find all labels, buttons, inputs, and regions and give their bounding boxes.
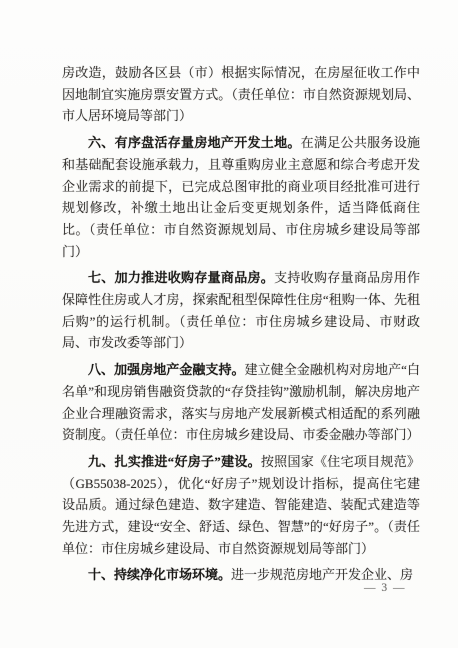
paragraph-heading: 六、有序盘活存量房地产开发土地。 (88, 135, 301, 150)
paragraph: 九、扎实推进“好房子”建设。按照国家《住宅项目规范》（GB55038-2025）… (62, 451, 420, 560)
paragraph: 房改造，鼓励各区县（市）根据实际情况，在房屋征收工作中因地制宜实施房票安置方式。… (62, 62, 420, 127)
paragraph-text: 在满足公共服务设施和基础配套设施承载力，且尊重购房业主意愿和综合考虑开发企业需求… (62, 135, 420, 259)
page-number: — 3 — (364, 582, 406, 594)
document-body: 房改造，鼓励各区县（市）根据实际情况，在房屋征收工作中因地制宜实施房票安置方式。… (62, 62, 420, 591)
paragraph-heading: 七、加力推进收购存量商品房。 (88, 270, 274, 285)
paragraph-heading: 九、扎实推进“好房子”建设。 (88, 454, 261, 469)
document-page: 房改造，鼓励各区县（市）根据实际情况，在房屋征收工作中因地制宜实施房票安置方式。… (0, 0, 458, 648)
paragraph-heading: 十、持续净化市场环境。 (88, 567, 231, 582)
paragraph: 六、有序盘活存量房地产开发土地。在满足公共服务设施和基础配套设施承载力，且尊重购… (62, 132, 420, 262)
paragraph-text: 进一步规范房地产开发企业、房 (231, 567, 413, 582)
paragraph-text: 房改造，鼓励各区县（市）根据实际情况，在房屋征收工作中因地制宜实施房票安置方式。… (62, 65, 420, 123)
paragraph-heading: 八、加强房地产金融支持。 (88, 362, 245, 377)
paragraph-text: 按照国家《住宅项目规范》（GB55038-2025），优化“好房子”规划设计指标… (62, 454, 420, 556)
paragraph: 八、加强房地产金融支持。建立健全金融机构对房地产“白名单”和现房销售融资贷款的“… (62, 359, 420, 446)
paragraph: 七、加力推进收购存量商品房。支持收购存量商品房用作保障性住房或人才房，探索配租型… (62, 267, 420, 354)
